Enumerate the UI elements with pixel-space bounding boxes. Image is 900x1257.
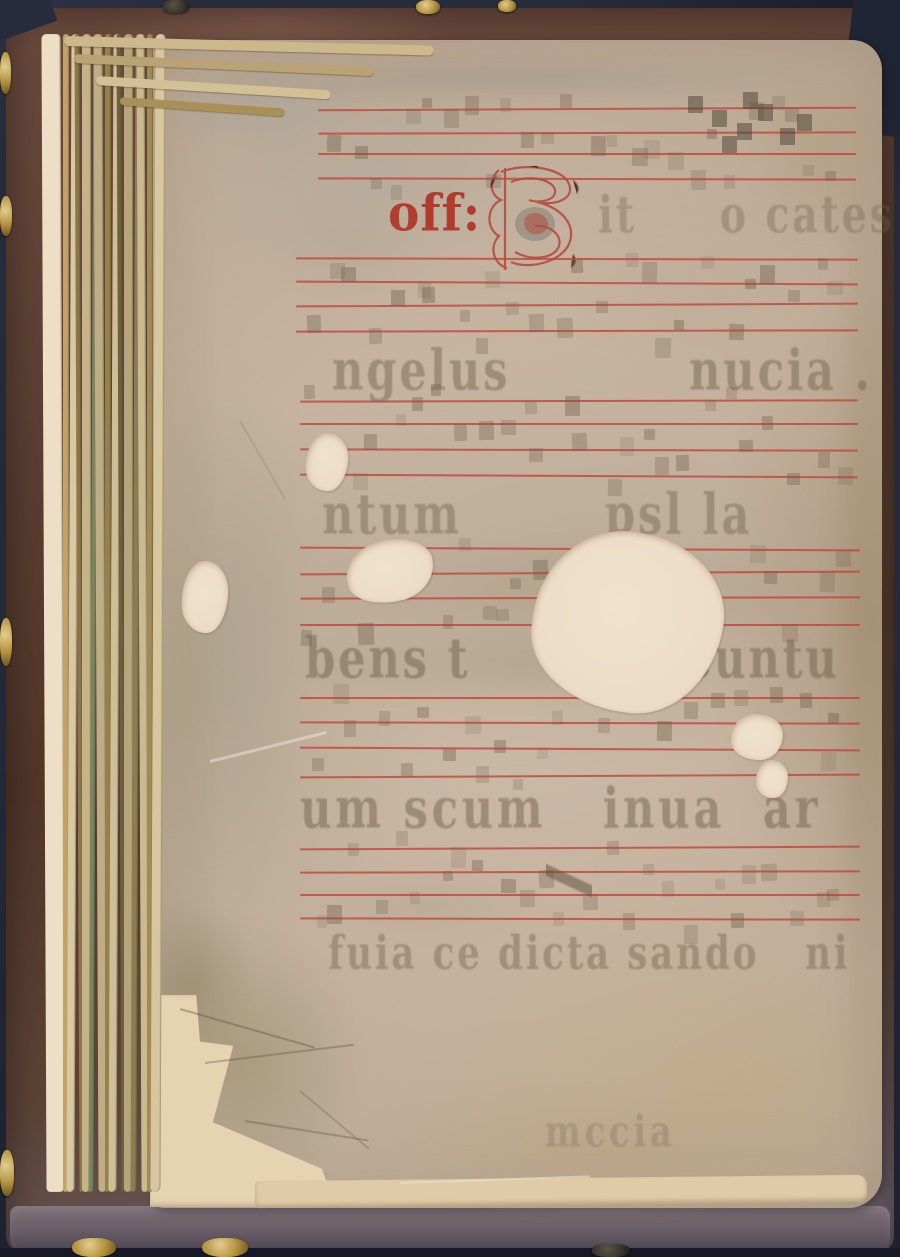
neume-mark — [327, 905, 342, 924]
binding-stud — [0, 196, 12, 236]
neume-mark — [803, 165, 814, 176]
neume-mark — [750, 544, 766, 563]
neume-mark — [496, 609, 510, 621]
neume-mark — [684, 702, 698, 719]
parchment-hole — [756, 760, 788, 798]
neume-mark — [761, 415, 772, 430]
parchment-hole — [731, 714, 783, 760]
neume-mark — [396, 414, 406, 426]
neume-mark-dark — [797, 114, 812, 131]
neume-mark — [485, 271, 501, 288]
neume-mark — [306, 314, 320, 333]
neume-mark — [799, 693, 812, 709]
neume-mark-dark — [743, 92, 758, 109]
neume-mark — [620, 437, 634, 456]
neume-mark — [443, 871, 454, 882]
neume-mark — [607, 135, 617, 148]
neume-mark — [661, 881, 674, 898]
faded-text-line: ngelus nucia . — [332, 342, 873, 398]
neume-mark — [560, 94, 573, 108]
neume-mark-dark — [688, 96, 703, 113]
neume-mark — [341, 267, 356, 282]
neume-mark — [327, 134, 342, 152]
neume-mark — [479, 421, 494, 440]
neume-mark — [744, 278, 755, 289]
neume-mark — [643, 863, 654, 874]
neume-mark — [553, 912, 564, 926]
staff-line — [300, 474, 858, 479]
neume-mark — [521, 132, 534, 148]
binding-stud — [202, 1238, 248, 1257]
neume-mark — [715, 879, 726, 890]
neume-mark — [371, 177, 382, 188]
staff-line — [318, 153, 856, 155]
neume-mark — [422, 97, 432, 108]
neume-mark — [760, 864, 776, 882]
neume-mark — [443, 748, 457, 760]
neume-mark — [676, 455, 690, 471]
binding-stud — [163, 0, 189, 13]
neume-mark — [668, 152, 684, 170]
neume-mark — [701, 255, 714, 269]
neume-mark-dark — [722, 136, 737, 153]
neume-mark-dark — [780, 128, 795, 145]
neume-mark — [596, 301, 608, 313]
neume-mark — [391, 290, 405, 306]
neume-mark — [818, 452, 831, 468]
neume-mark — [410, 892, 421, 905]
neume-mark — [537, 747, 548, 759]
manuscript-photograph: off: it o catesngelus nucia .n — [0, 0, 900, 1257]
neume-mark — [739, 440, 753, 453]
faded-text-line: mccia — [545, 1110, 676, 1154]
neume-mark — [454, 424, 467, 441]
neume-mark — [317, 915, 328, 928]
neume-mark — [787, 472, 800, 484]
neume-mark — [655, 457, 669, 475]
neume-mark — [644, 429, 655, 440]
neume-mark — [607, 841, 620, 856]
faded-text-line: it o cates — [598, 190, 895, 241]
neume-mark — [348, 843, 360, 856]
neume-mark — [734, 690, 748, 706]
neume-mark — [422, 287, 435, 304]
neume-mark — [711, 693, 725, 708]
neume-mark — [557, 317, 574, 338]
neume-mark — [763, 570, 777, 583]
neume-mark — [525, 401, 537, 414]
neume-mark — [571, 260, 583, 273]
staff-line — [300, 423, 858, 425]
neume-mark — [486, 174, 501, 188]
neume-mark-dark — [758, 104, 773, 121]
neume-mark — [838, 467, 853, 486]
neume-mark — [836, 551, 851, 567]
neume-mark — [460, 310, 470, 323]
neume-mark — [379, 711, 390, 726]
neume-mark — [312, 758, 324, 771]
neume-mark — [500, 420, 515, 435]
neume-mark — [494, 740, 506, 754]
neume-mark — [344, 720, 356, 737]
binding-stud — [498, 0, 516, 12]
faded-text-line: ntum psl la — [322, 486, 752, 542]
neume-mark — [450, 847, 466, 869]
neume-mark — [598, 717, 610, 733]
neume-mark — [674, 320, 685, 331]
binding-stud — [592, 1244, 630, 1257]
binding-stud — [0, 1150, 14, 1196]
neume-mark — [510, 578, 521, 589]
binding-stud — [0, 618, 12, 666]
neume-mark — [828, 712, 840, 724]
neume-mark — [572, 433, 588, 451]
neume-mark — [626, 253, 638, 267]
neume-mark — [790, 911, 804, 926]
neume-mark — [465, 716, 482, 735]
faded-text-line: fuia ce dicta sando ni — [328, 930, 850, 976]
neume-mark — [529, 314, 545, 333]
neume-mark — [417, 707, 429, 718]
neume-mark — [444, 109, 459, 128]
neume-mark — [820, 751, 835, 771]
parchment-stain — [260, 190, 440, 310]
neume-mark — [552, 711, 563, 725]
neume-mark — [772, 96, 785, 110]
neume-mark — [405, 108, 420, 124]
neume-mark — [520, 889, 535, 906]
binding-stud — [416, 0, 440, 14]
neume-mark — [657, 721, 672, 742]
neume-mark — [391, 185, 402, 200]
staff-line — [300, 846, 860, 851]
neume-mark — [304, 385, 316, 400]
custos-stroke — [546, 856, 592, 908]
neume-mark — [742, 865, 756, 884]
neume-mark — [787, 289, 799, 301]
neume-mark — [541, 132, 554, 144]
neume-mark — [760, 265, 775, 284]
neume-mark — [506, 302, 519, 315]
neume-mark — [375, 900, 387, 915]
neume-mark — [825, 170, 836, 181]
neume-mark — [827, 281, 843, 295]
neume-mark — [501, 879, 516, 894]
neume-mark — [355, 146, 368, 159]
neume-mark — [364, 434, 377, 450]
neume-mark — [471, 860, 483, 871]
neume-mark-dark — [712, 110, 727, 127]
neume-mark — [644, 139, 660, 158]
neume-mark — [642, 261, 658, 282]
neume-mark — [827, 889, 839, 901]
neume-mark — [820, 572, 835, 592]
binding-stud — [0, 52, 11, 94]
neume-mark — [500, 97, 512, 112]
neume-mark — [707, 129, 717, 139]
faded-text-line: um scum inua ar — [300, 780, 821, 836]
neume-mark — [818, 258, 828, 270]
neume-mark-dark — [737, 123, 752, 140]
neume-mark — [322, 587, 335, 603]
neume-mark — [591, 136, 607, 157]
neume-mark — [465, 96, 480, 115]
neume-mark — [529, 448, 543, 462]
binding-stud — [72, 1238, 116, 1257]
